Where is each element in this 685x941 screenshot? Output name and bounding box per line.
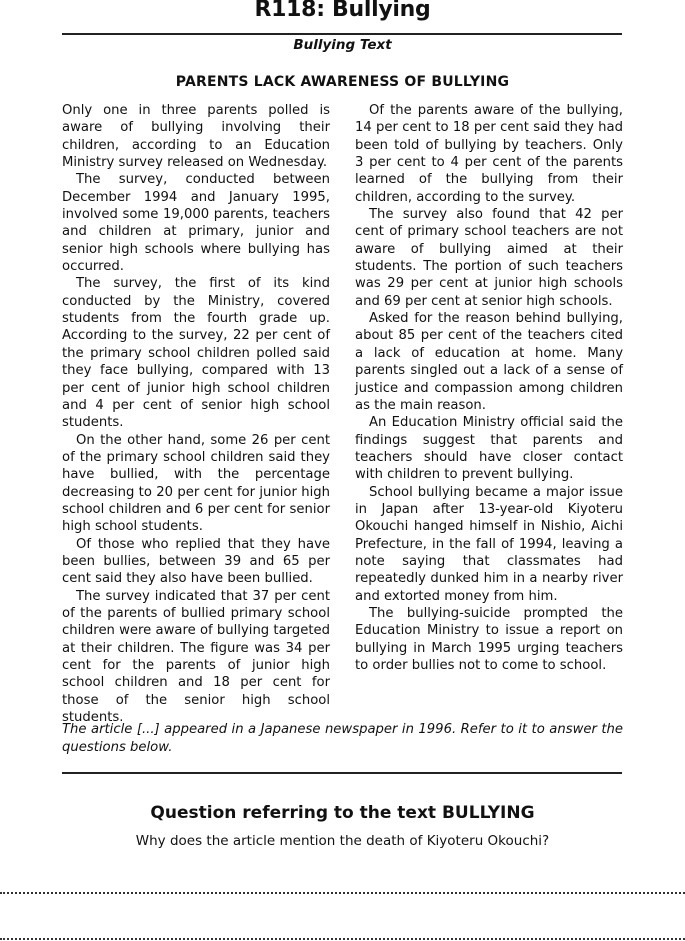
article-paragraph: On the other hand, some 26 per cent of t…	[62, 432, 330, 536]
question-text: Why does the article mention the death o…	[0, 833, 685, 849]
article-left-column: Only one in three parents polled is awar…	[62, 102, 330, 726]
source-note: The article [...] appeared in a Japanese…	[62, 721, 623, 757]
article-headline: PARENTS LACK AWARENESS OF BULLYING	[0, 74, 685, 90]
article-paragraph: Of the parents aware of the bullying, 14…	[355, 102, 623, 206]
article-paragraph: The survey, conducted between December 1…	[62, 171, 330, 275]
article-paragraph: The survey indicated that 37 per cent of…	[62, 588, 330, 727]
article-paragraph: The survey also found that 42 per cent o…	[355, 206, 623, 310]
article-paragraph: Only one in three parents polled is awar…	[62, 102, 330, 171]
answer-line-1[interactable]	[0, 892, 685, 894]
section-subtitle: Bullying Text	[0, 37, 685, 53]
article-paragraph: School bullying became a major issue in …	[355, 484, 623, 605]
article-right-column: Of the parents aware of the bullying, 14…	[355, 102, 623, 674]
article-paragraph: Of those who replied that they have been…	[62, 536, 330, 588]
answer-line-2[interactable]	[0, 938, 685, 940]
article-paragraph: An Education Ministry official said the …	[355, 414, 623, 483]
article-paragraph: The survey, the first of its kind conduc…	[62, 275, 330, 431]
title-divider	[62, 33, 622, 35]
article-paragraph: The bullying-suicide prompted the Educat…	[355, 605, 623, 674]
article-paragraph: Asked for the reason behind bullying, ab…	[355, 310, 623, 414]
page-title: R118: Bullying	[0, 0, 685, 22]
section-divider	[62, 772, 622, 774]
question-title: Question referring to the text BULLYING	[0, 803, 685, 823]
